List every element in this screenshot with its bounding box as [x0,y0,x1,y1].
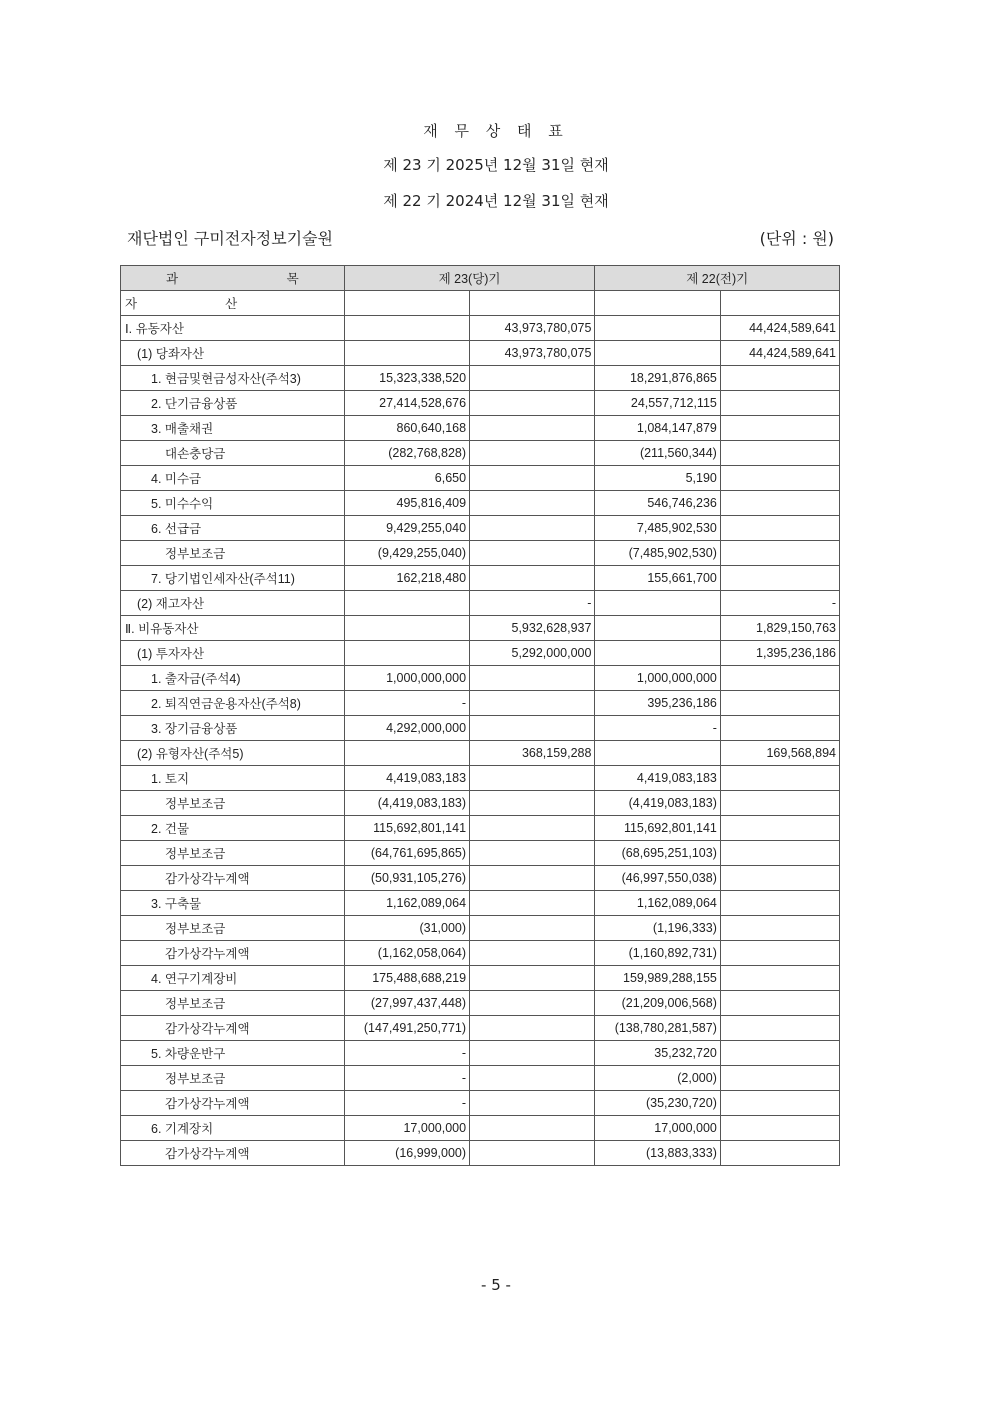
current-detail-amount [344,741,469,766]
document-title: 재 무 상 태 표 [0,120,992,141]
table-row: (2) 유형자산(주석5)368,159,288169,568,894 [121,741,840,766]
account-label: 대손충당금 [121,441,345,466]
prior-total-amount [720,766,839,791]
prior-total-amount [720,716,839,741]
current-total-amount [470,841,595,866]
current-total-amount [470,391,595,416]
current-detail-amount: (147,491,250,771) [344,1016,469,1041]
balance-sheet-table: 과 목 제 23(당)기 제 22(전)기 자 산 Ⅰ. 유동자산43,973,… [120,265,840,1166]
table-row: 1. 토지4,419,083,1834,419,083,183 [121,766,840,791]
table-row: 5. 미수수익495,816,409546,746,236 [121,491,840,516]
current-total-amount [470,891,595,916]
prior-total-amount: 1,395,236,186 [720,641,839,666]
prior-detail-amount: (21,209,006,568) [595,991,720,1016]
account-label: 2. 건물 [121,816,345,841]
prior-total-amount [720,891,839,916]
header-account-right: 목 [287,269,299,287]
account-label: 정부보조금 [121,1066,345,1091]
current-total-amount [470,416,595,441]
prior-detail-amount: 18,291,876,865 [595,366,720,391]
current-detail-amount: (50,931,105,276) [344,866,469,891]
prior-detail-amount: (211,560,344) [595,441,720,466]
account-label: 3. 구축물 [121,891,345,916]
current-total-amount [470,1116,595,1141]
account-label: 2. 단기금융상품 [121,391,345,416]
current-detail-amount: (1,162,058,064) [344,941,469,966]
table-row: 7. 당기법인세자산(주석11)162,218,480155,661,700 [121,566,840,591]
table-row: Ⅱ. 비유동자산5,932,628,9371,829,150,763 [121,616,840,641]
account-label: 6. 선급금 [121,516,345,541]
table-row: 감가상각누계액(16,999,000)(13,883,333) [121,1141,840,1166]
table-row: 정부보조금(64,761,695,865)(68,695,251,103) [121,841,840,866]
table-header-row: 과 목 제 23(당)기 제 22(전)기 [121,266,840,291]
current-detail-amount: 162,218,480 [344,566,469,591]
prior-total-amount: - [720,591,839,616]
current-detail-amount [344,316,469,341]
account-label: 3. 장기금융상품 [121,716,345,741]
prior-detail-amount: (138,780,281,587) [595,1016,720,1041]
table-row: 4. 미수금6,6505,190 [121,466,840,491]
current-total-amount [470,466,595,491]
current-detail-amount: 9,429,255,040 [344,516,469,541]
prior-total-amount [720,466,839,491]
current-total-amount [470,366,595,391]
account-label: 2. 퇴직연금운용자산(주석8) [121,691,345,716]
table-row: 2. 퇴직연금운용자산(주석8)-395,236,186 [121,691,840,716]
account-label: 감가상각누계액 [121,941,345,966]
table-row: 3. 구축물1,162,089,0641,162,089,064 [121,891,840,916]
prior-detail-amount: (35,230,720) [595,1091,720,1116]
prior-detail-amount: (46,997,550,038) [595,866,720,891]
prior-total-amount [720,816,839,841]
current-detail-amount [344,641,469,666]
account-label: (2) 재고자산 [121,591,345,616]
prior-detail-amount: 4,419,083,183 [595,766,720,791]
current-detail-amount [344,591,469,616]
prior-total-amount [720,1041,839,1066]
current-total-amount: 43,973,780,075 [470,341,595,366]
current-total-amount [470,766,595,791]
prior-detail-amount [595,341,720,366]
account-label: 정부보조금 [121,916,345,941]
prior-detail-amount: (2,000) [595,1066,720,1091]
account-label: 5. 차량운반구 [121,1041,345,1066]
cell-empty [344,291,469,316]
prior-total-amount [720,666,839,691]
current-detail-amount: 27,414,528,676 [344,391,469,416]
current-detail-amount: 1,162,089,064 [344,891,469,916]
current-detail-amount: 495,816,409 [344,491,469,516]
current-total-amount [470,1066,595,1091]
prior-total-amount [720,566,839,591]
current-total-amount: 43,973,780,075 [470,316,595,341]
prior-total-amount: 169,568,894 [720,741,839,766]
account-label: 정부보조금 [121,541,345,566]
prior-detail-amount: (7,485,902,530) [595,541,720,566]
table-row: 1. 현금및현금성자산(주석3)15,323,338,52018,291,876… [121,366,840,391]
current-total-amount: - [470,591,595,616]
table-row: 대손충당금(282,768,828)(211,560,344) [121,441,840,466]
prior-detail-amount: 155,661,700 [595,566,720,591]
account-label: 1. 출자금(주석4) [121,666,345,691]
current-detail-amount: 175,488,688,219 [344,966,469,991]
table-row: 5. 차량운반구-35,232,720 [121,1041,840,1066]
account-label: 감가상각누계액 [121,1091,345,1116]
section-label-right: 산 [225,294,237,312]
current-total-amount: 368,159,288 [470,741,595,766]
current-total-amount [470,816,595,841]
prior-detail-amount: (68,695,251,103) [595,841,720,866]
table-row: 정부보조금(27,997,437,448)(21,209,006,568) [121,991,840,1016]
current-total-amount [470,491,595,516]
prior-total-amount [720,1066,839,1091]
account-label: (2) 유형자산(주석5) [121,741,345,766]
current-detail-amount: 17,000,000 [344,1116,469,1141]
table-row: (2) 재고자산-- [121,591,840,616]
current-detail-amount: 860,640,168 [344,416,469,441]
prior-total-amount [720,691,839,716]
prior-detail-amount: 35,232,720 [595,1041,720,1066]
current-total-amount [470,1016,595,1041]
prior-total-amount: 1,829,150,763 [720,616,839,641]
current-detail-amount: 6,650 [344,466,469,491]
prior-detail-amount [595,741,720,766]
prior-total-amount [720,916,839,941]
account-label: 정부보조금 [121,791,345,816]
prior-detail-amount: (13,883,333) [595,1141,720,1166]
current-total-amount [470,966,595,991]
account-label: 6. 기계장치 [121,1116,345,1141]
prior-total-amount [720,491,839,516]
prior-detail-amount: 17,000,000 [595,1116,720,1141]
current-total-amount [470,566,595,591]
prior-total-amount [720,966,839,991]
prior-total-amount [720,516,839,541]
prior-detail-amount: 1,000,000,000 [595,666,720,691]
table-row: 1. 출자금(주석4)1,000,000,0001,000,000,000 [121,666,840,691]
prior-detail-amount [595,591,720,616]
current-total-amount [470,666,595,691]
current-detail-amount: (4,419,083,183) [344,791,469,816]
current-total-amount [470,791,595,816]
current-period-label: 제 23 기 2025년 12월 31일 현재 [0,154,992,175]
prior-total-amount [720,1091,839,1116]
current-total-amount [470,1091,595,1116]
account-label: 4. 연구기계장비 [121,966,345,991]
account-label: 3. 매출채권 [121,416,345,441]
prior-detail-amount: (1,160,892,731) [595,941,720,966]
account-label: (1) 당좌자산 [121,341,345,366]
account-label: 4. 미수금 [121,466,345,491]
current-detail-amount [344,341,469,366]
prior-detail-amount: 115,692,801,141 [595,816,720,841]
current-detail-amount: (282,768,828) [344,441,469,466]
table-row: 감가상각누계액(147,491,250,771)(138,780,281,587… [121,1016,840,1041]
current-total-amount [470,1141,595,1166]
current-total-amount [470,541,595,566]
table-row: 3. 매출채권860,640,1681,084,147,879 [121,416,840,441]
current-detail-amount: (64,761,695,865) [344,841,469,866]
table-row: 4. 연구기계장비175,488,688,219159,989,288,155 [121,966,840,991]
current-detail-amount [344,616,469,641]
table-row: 6. 기계장치17,000,00017,000,000 [121,1116,840,1141]
current-total-amount [470,941,595,966]
current-total-amount [470,691,595,716]
prior-total-amount [720,941,839,966]
prior-total-amount [720,366,839,391]
company-name: 재단법인 구미전자정보기술원 [127,226,333,249]
current-total-amount [470,441,595,466]
prior-total-amount [720,1116,839,1141]
prior-total-amount [720,791,839,816]
account-label: 감가상각누계액 [121,1016,345,1041]
prior-detail-amount: 24,557,712,115 [595,391,720,416]
current-detail-amount: - [344,1066,469,1091]
table-row: 2. 건물115,692,801,141115,692,801,141 [121,816,840,841]
current-detail-amount: (9,429,255,040) [344,541,469,566]
prior-detail-amount: - [595,716,720,741]
current-detail-amount: 15,323,338,520 [344,366,469,391]
account-label: 5. 미수수익 [121,491,345,516]
current-total-amount [470,516,595,541]
account-label: 1. 토지 [121,766,345,791]
prior-detail-amount: (1,196,333) [595,916,720,941]
prior-total-amount [720,1141,839,1166]
account-label: 감가상각누계액 [121,866,345,891]
table-row: 3. 장기금융상품4,292,000,000- [121,716,840,741]
prior-detail-amount [595,616,720,641]
current-detail-amount: 115,692,801,141 [344,816,469,841]
header-account-left: 과 [166,269,178,287]
unit-label: (단위 : 원) [760,226,834,249]
account-label: 7. 당기법인세자산(주석11) [121,566,345,591]
header-prior-period: 제 22(전)기 [595,266,840,291]
prior-total-amount [720,991,839,1016]
current-total-amount [470,991,595,1016]
prior-detail-amount: 7,485,902,530 [595,516,720,541]
prior-detail-amount: (4,419,083,183) [595,791,720,816]
account-label: 감가상각누계액 [121,1141,345,1166]
prior-detail-amount [595,316,720,341]
account-label: Ⅱ. 비유동자산 [121,616,345,641]
table-row: 정부보조금(4,419,083,183)(4,419,083,183) [121,791,840,816]
current-detail-amount: - [344,691,469,716]
current-total-amount [470,916,595,941]
current-total-amount: 5,292,000,000 [470,641,595,666]
header-account: 과 목 [121,266,345,291]
prior-detail-amount: 159,989,288,155 [595,966,720,991]
prior-total-amount [720,1016,839,1041]
table-row: 감가상각누계액-(35,230,720) [121,1091,840,1116]
page-number: - 5 - [0,1276,992,1294]
table-row: 정부보조금(9,429,255,040)(7,485,902,530) [121,541,840,566]
header-current-period: 제 23(당)기 [344,266,595,291]
current-detail-amount: (16,999,000) [344,1141,469,1166]
prior-detail-amount [595,641,720,666]
prior-period-label: 제 22 기 2024년 12월 31일 현재 [0,190,992,211]
current-detail-amount: 4,292,000,000 [344,716,469,741]
current-detail-amount: - [344,1041,469,1066]
table-row: 정부보조금(31,000)(1,196,333) [121,916,840,941]
prior-detail-amount: 5,190 [595,466,720,491]
account-label: Ⅰ. 유동자산 [121,316,345,341]
cell-empty [470,291,595,316]
prior-detail-amount: 1,162,089,064 [595,891,720,916]
table-row: 6. 선급금9,429,255,0407,485,902,530 [121,516,840,541]
prior-total-amount [720,841,839,866]
account-label: (1) 투자자산 [121,641,345,666]
current-detail-amount: (27,997,437,448) [344,991,469,1016]
table-row: 2. 단기금융상품27,414,528,67624,557,712,115 [121,391,840,416]
table-row: Ⅰ. 유동자산43,973,780,07544,424,589,641 [121,316,840,341]
table-row: (1) 투자자산5,292,000,0001,395,236,186 [121,641,840,666]
current-detail-amount: 1,000,000,000 [344,666,469,691]
account-label: 정부보조금 [121,991,345,1016]
prior-total-amount: 44,424,589,641 [720,341,839,366]
section-row-assets: 자 산 [121,291,840,316]
prior-detail-amount: 395,236,186 [595,691,720,716]
prior-total-amount [720,391,839,416]
prior-total-amount: 44,424,589,641 [720,316,839,341]
table-row: 감가상각누계액(50,931,105,276)(46,997,550,038) [121,866,840,891]
current-detail-amount: (31,000) [344,916,469,941]
current-detail-amount: - [344,1091,469,1116]
table-row: (1) 당좌자산43,973,780,07544,424,589,641 [121,341,840,366]
account-label: 1. 현금및현금성자산(주석3) [121,366,345,391]
table-row: 감가상각누계액(1,162,058,064)(1,160,892,731) [121,941,840,966]
prior-total-amount [720,416,839,441]
prior-detail-amount: 546,746,236 [595,491,720,516]
current-detail-amount: 4,419,083,183 [344,766,469,791]
section-label: 자 산 [121,291,345,316]
current-total-amount [470,716,595,741]
current-total-amount [470,1041,595,1066]
section-label-left: 자 [125,294,137,312]
prior-total-amount [720,541,839,566]
prior-detail-amount: 1,084,147,879 [595,416,720,441]
current-total-amount [470,866,595,891]
cell-empty [720,291,839,316]
table-row: 정부보조금-(2,000) [121,1066,840,1091]
account-label: 정부보조금 [121,841,345,866]
prior-total-amount [720,866,839,891]
cell-empty [595,291,720,316]
prior-total-amount [720,441,839,466]
current-total-amount: 5,932,628,937 [470,616,595,641]
